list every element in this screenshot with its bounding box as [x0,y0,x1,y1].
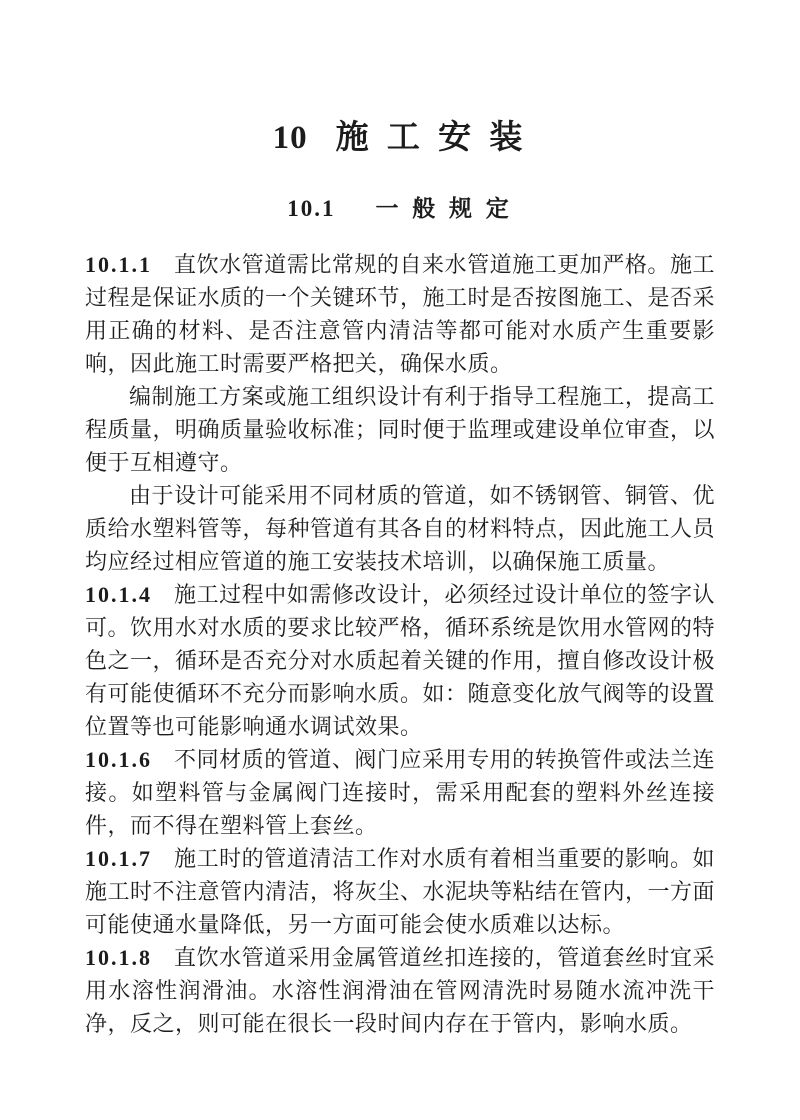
section-title: 10.1一 般 规 定 [85,194,715,224]
clause-text: 施工过程中如需修改设计，必须经过设计单位的签字认可。饮用水对水质的要求比较严格，… [85,582,715,739]
chapter-title: 10施 工 安 装 [85,120,715,156]
clause-number: 10.1.6 [85,747,152,772]
chapter-number: 10 [273,120,308,156]
clause-number: 10.1.8 [85,945,152,970]
clause-text: 直饮水管道需比常规的自来水管道施工更加严格。施工过程是保证水质的一个关键环节，施… [85,252,715,376]
section-number: 10.1 [287,196,335,221]
section-title-text: 一 般 规 定 [376,196,513,221]
clause-text: 编制施工方案或施工组织设计有利于指导工程施工，提高工程质量，明确质量验收标准；同… [85,384,715,475]
chapter-title-text: 施 工 安 装 [336,120,528,156]
paragraph-10-1-4: 10.1.4施工过程中如需修改设计，必须经过设计单位的签字认可。饮用水对水质的要… [85,578,715,743]
paragraph-10-1-1: 10.1.1直饮水管道需比常规的自来水管道施工更加严格。施工过程是保证水质的一个… [85,248,715,380]
clause-number: 10.1.1 [85,252,152,277]
paragraph-continuation-2: 由于设计可能采用不同材质的管道，如不锈钢管、铜管、优质给水塑料管等，每种管道有其… [85,479,715,578]
paragraph-10-1-8: 10.1.8直饮水管道采用金属管道丝扣连接的，管道套丝时宜采用水溶性润滑油。水溶… [85,941,715,1040]
text-block: 10施 工 安 装 10.1一 般 规 定 10.1.1直饮水管道需比常规的自来… [0,120,800,1040]
paragraph-continuation-1: 编制施工方案或施工组织设计有利于指导工程施工，提高工程质量，明确质量验收标准；同… [85,380,715,479]
clause-text: 不同材质的管道、阀门应采用专用的转换管件或法兰连接。如塑料管与金属阀门连接时，需… [85,747,715,838]
clause-text: 施工时的管道清洁工作对水质有着相当重要的影响。如施工时不注意管内清洁，将灰尘、水… [85,846,715,937]
clause-number: 10.1.7 [85,846,152,871]
body-text: 10.1.1直饮水管道需比常规的自来水管道施工更加严格。施工过程是保证水质的一个… [85,248,715,1040]
clause-text: 直饮水管道采用金属管道丝扣连接的，管道套丝时宜采用水溶性润滑油。水溶性润滑油在管… [85,945,715,1036]
paragraph-10-1-7: 10.1.7施工时的管道清洁工作对水质有着相当重要的影响。如施工时不注意管内清洁… [85,842,715,941]
paragraph-10-1-6: 10.1.6不同材质的管道、阀门应采用专用的转换管件或法兰连接。如塑料管与金属阀… [85,743,715,842]
document-page: 10施 工 安 装 10.1一 般 规 定 10.1.1直饮水管道需比常规的自来… [0,0,800,1120]
clause-text: 由于设计可能采用不同材质的管道，如不锈钢管、铜管、优质给水塑料管等，每种管道有其… [85,483,715,574]
clause-number: 10.1.4 [85,582,152,607]
